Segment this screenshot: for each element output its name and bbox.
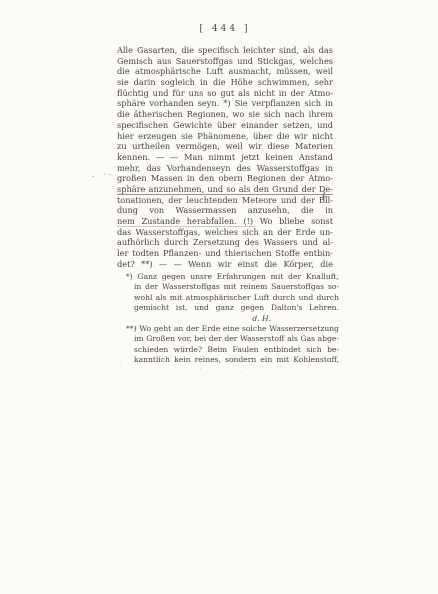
text-line: Alle Gasarten, die specifisch leichter s… <box>117 45 333 56</box>
footnotes-block: *) Ganz gegen unsre Erfahrungen mit der … <box>126 272 339 366</box>
footnote-line: kanntlich kein reines, sondern ein mit K… <box>126 355 339 365</box>
text-line: flüchtig und für uns so gut als nicht in… <box>117 88 333 99</box>
text-line: das Wasserstoffgas, welches sich an der … <box>117 227 333 238</box>
text-line: mehr, das Vorhandenseyn des Wasserstoffg… <box>117 163 333 174</box>
text-line: sie darin sogleich in die Höhe schwimmen… <box>117 77 333 88</box>
footnote-line: schieden würde? Beim Faulen entbindet si… <box>126 345 339 355</box>
footnote-signature: d. H. <box>126 314 339 324</box>
footnote-line: *) Ganz gegen unsre Erfahrungen mit der … <box>126 272 339 282</box>
footnote-line: im Großen vor, bei der der Wasserstoff a… <box>126 334 339 344</box>
footnote-line: in der Wasserstoffgas mit reinem Sauerst… <box>126 282 339 292</box>
footnote-line: wohl als mit atmosphärischer Luft durch … <box>126 293 339 303</box>
scanned-book-page: [ 444 ] Alle Gasarten, die specifisch le… <box>0 0 438 594</box>
margin-dot-marks: . ·- <box>92 170 116 182</box>
footnote-line: **) Wo geht an der Erde eine solche Wass… <box>126 324 339 334</box>
text-line: hier erzeugen sie Phänomene, über die wi… <box>117 131 333 142</box>
text-line: ler todten Pflanzen- und thierischen Sto… <box>117 248 333 259</box>
text-line-pencil-underlined: sphäre anzunehmen, und so als den Grund … <box>117 184 333 195</box>
text-line: zu urtheilen vermögen, weil wir diese Ma… <box>117 141 333 152</box>
main-text-column: Alle Gasarten, die specifisch leichter s… <box>117 45 333 269</box>
text-line: die ätherischen Regionen, wo sie sich na… <box>117 109 333 120</box>
margin-pencil-mark <box>319 190 329 209</box>
footnote-line: gemischt ist, und ganz gegen Dalton's Le… <box>126 303 339 313</box>
text-line: großen Massen in den obern Regionen der … <box>117 173 333 184</box>
pencil-underline-mark <box>117 226 255 227</box>
text-line: tonationen, der leuchtenden Meteore und … <box>117 195 333 206</box>
text-line: die atmosphärische Luft ausmacht, müssen… <box>117 66 333 77</box>
text-line: Gemisch aus Sauerstoffgas und Stickgas, … <box>117 56 333 67</box>
page-number: [ 444 ] <box>117 24 333 34</box>
text-line: kennen. — — Man nimmt jetzt keinen Ansta… <box>117 152 333 163</box>
text-line: sphäre vorhanden seyn. *) Sie verpflanze… <box>117 98 333 109</box>
text-line: specifischen Gewichte über einander setz… <box>117 120 333 131</box>
text-line: det? **) — — Wenn wir einst die Körper, … <box>117 259 333 270</box>
text-line: aufhörlich durch Zersetzung des Wassers … <box>117 237 333 248</box>
paper-speckles-dark <box>0 0 1 1</box>
text-line: dung von Wassermassen anzusehn, die in v… <box>117 205 333 216</box>
